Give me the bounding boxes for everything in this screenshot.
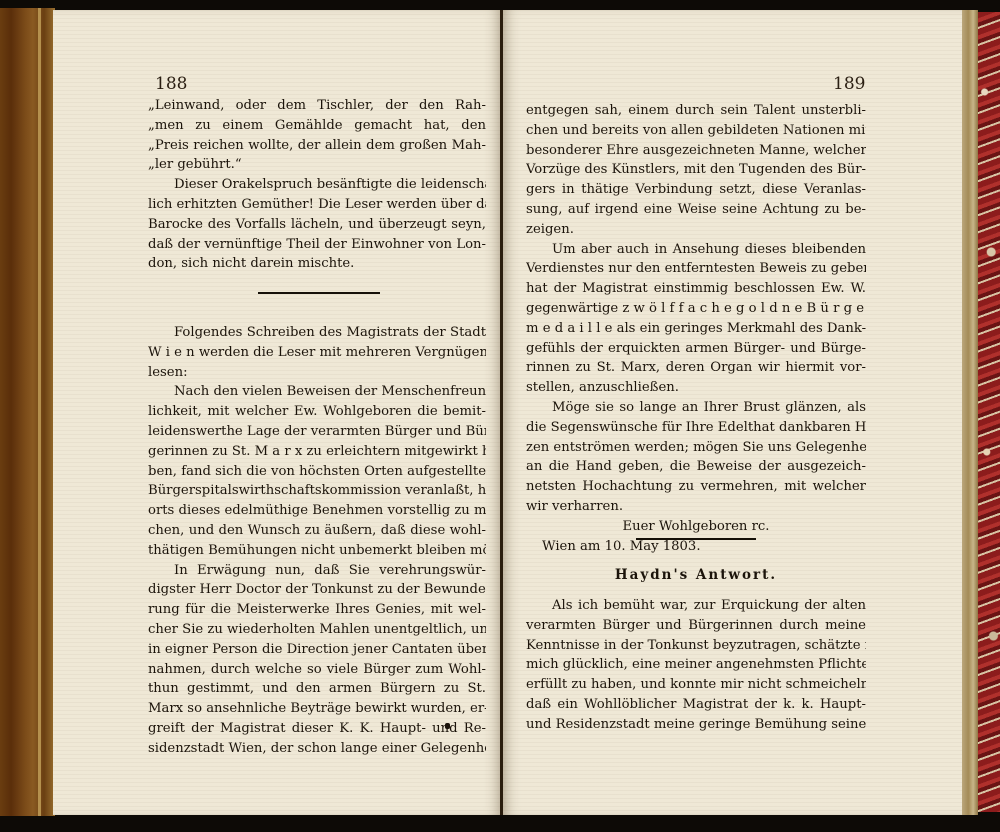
text-line: Barocke des Vorfalls lächeln, und überze… [148, 215, 486, 235]
text-line: rung für die Meisterwerke Ihres Genies, … [148, 600, 486, 620]
text-line: an die Hand geben, die Beweise der ausge… [526, 457, 866, 477]
text-line: daß der vernünftige Theil der Einwohner … [148, 235, 486, 255]
text-line: Als ich bemüht war, zur Erquickung der a… [526, 596, 866, 616]
marbled-cover-edge [978, 12, 1000, 812]
text-line: don, sich nicht darein mischte. [148, 254, 486, 274]
text-line: zeigen. [526, 220, 866, 240]
text-line: Bürgerspitalswirthschaftskommission vera… [148, 481, 486, 501]
text-line: verarmten Bürger und Bürgerinnen durch m… [526, 616, 866, 636]
text-line: stellen, anzuschließen. [526, 378, 866, 398]
text-line: Dieser Orakelspruch besänftigte die leid… [148, 175, 486, 195]
text-line: nahmen, durch welche so viele Bürger zum… [148, 660, 486, 680]
magistrate-letter: Folgendes Schreiben des Magistrats der S… [148, 323, 486, 759]
text-line: netsten Hochachtung zu vermehren, mit we… [526, 477, 866, 497]
text-line: gefühls der erquickten armen Bürger- und… [526, 339, 866, 359]
left-page: 188 „Leinwand, oder dem Tischler, der de… [53, 10, 501, 815]
text-line: Folgendes Schreiben des Magistrats der S… [148, 323, 486, 343]
text-line: m e d a i l l e als ein geringes Merkmah… [526, 319, 866, 339]
text-line: orts dieses edelmüthige Benehmen vorstel… [148, 501, 486, 521]
text-line: Kenntnisse in der Tonkunst beyzutragen, … [526, 636, 866, 656]
letter-continuation: entgegen sah, einem durch sein Talent un… [526, 101, 866, 556]
text-line: Um aber auch in Ansehung dieses bleibend… [526, 240, 866, 260]
ink-spot [445, 723, 450, 729]
text-line: entgegen sah, einem durch sein Talent un… [526, 101, 866, 121]
text-line: „ler gebührt.“ [148, 155, 486, 175]
page-number-right: 189 [833, 74, 865, 94]
text-line: „Leinwand, oder dem Tischler, der den Ra… [148, 96, 486, 116]
text-line: Marx so ansehnliche Beyträge bewirkt wur… [148, 699, 486, 719]
text-line: wir verharren. [526, 497, 866, 517]
text-line: besonderer Ehre ausgezeichneten Manne, w… [526, 141, 866, 161]
text-line: „Preis reichen wollte, der allein dem gr… [148, 136, 486, 156]
text-line: Möge sie so lange an Ihrer Brust glänzen… [526, 398, 866, 418]
text-line: sung, auf irgend eine Weise seine Achtun… [526, 200, 866, 220]
section-divider [258, 292, 380, 294]
section-divider [636, 538, 756, 540]
text-line: ben, fand sich die von höchsten Orten au… [148, 462, 486, 482]
text-line: rinnen zu St. Marx, deren Organ wir hier… [526, 358, 866, 378]
text-line: zen entströmen werden; mögen Sie uns Gel… [526, 438, 866, 458]
text-line: erfüllt zu haben, und konnte mir nicht s… [526, 675, 866, 695]
text-line: In Erwägung nun, daß Sie verehrungswür- [148, 561, 486, 581]
text-line: gegenwärtige z w ö l f f a c h e g o l d… [526, 299, 866, 319]
right-page: 189 entgegen sah, einem durch sein Talen… [503, 10, 965, 815]
text-line: mich glücklich, eine meiner angenehmsten… [526, 655, 866, 675]
text-line: „men zu einem Gemählde gemacht hat, den [148, 116, 486, 136]
text-line: lichkeit, mit welcher Ew. Wohlgeboren di… [148, 402, 486, 422]
text-line: thun gestimmt, und den armen Bürgern zu … [148, 679, 486, 699]
text-line: thätigen Bemühungen nicht unbemerkt blei… [148, 541, 486, 561]
book-binding-left [0, 8, 55, 816]
quote-block: „Leinwand, oder dem Tischler, der den Ra… [148, 96, 486, 274]
text-line: Vorzüge des Künstlers, mit den Tugenden … [526, 160, 866, 180]
text-line: lich erhitzten Gemüther! Die Leser werde… [148, 195, 486, 215]
text-line: digster Herr Doctor der Tonkunst zu der … [148, 580, 486, 600]
text-line: hat der Magistrat einstimmig beschlossen… [526, 279, 866, 299]
text-line: die Segenswünsche für Ihre Edelthat dank… [526, 418, 866, 438]
text-line: sidenzstadt Wien, der schon lange einer … [148, 739, 486, 759]
text-line: gers in thätige Verbindung setzt, diese … [526, 180, 866, 200]
page-number-left: 188 [155, 74, 187, 94]
text-line: in eigner Person die Direction jener Can… [148, 640, 486, 660]
binding-stripe [38, 8, 41, 816]
text-line: daß ein Wohllöblicher Magistrat der k. k… [526, 695, 866, 715]
text-line: cher Sie zu wiederholten Mahlen unentgel… [148, 620, 486, 640]
haydn-reply: Als ich bemüht war, zur Erquickung der a… [526, 596, 866, 735]
text-line: gerinnen zu St. M a r x zu erleichtern m… [148, 442, 486, 462]
page-edges-right [962, 10, 978, 815]
text-line: leidenswerthe Lage der verarmten Bürger … [148, 422, 486, 442]
text-line: Nach den vielen Beweisen der Menschenfre… [148, 382, 486, 402]
text-line: chen, und den Wunsch zu äußern, daß dies… [148, 521, 486, 541]
text-line: chen und bereits von allen gebildeten Na… [526, 121, 866, 141]
section-heading: Haydn's Antwort. [526, 567, 866, 583]
text-line: und Residenzstadt meine geringe Bemühung… [526, 715, 866, 735]
text-line: W i e n werden die Leser mit mehreren Ve… [148, 343, 486, 363]
text-line: greift der Magistrat dieser K. K. Haupt-… [148, 719, 486, 739]
text-line: lesen: [148, 363, 486, 383]
closing-salutation: Euer Wohlgeboren rc. [526, 517, 866, 537]
text-line: Verdienstes nur den entferntesten Beweis… [526, 259, 866, 279]
